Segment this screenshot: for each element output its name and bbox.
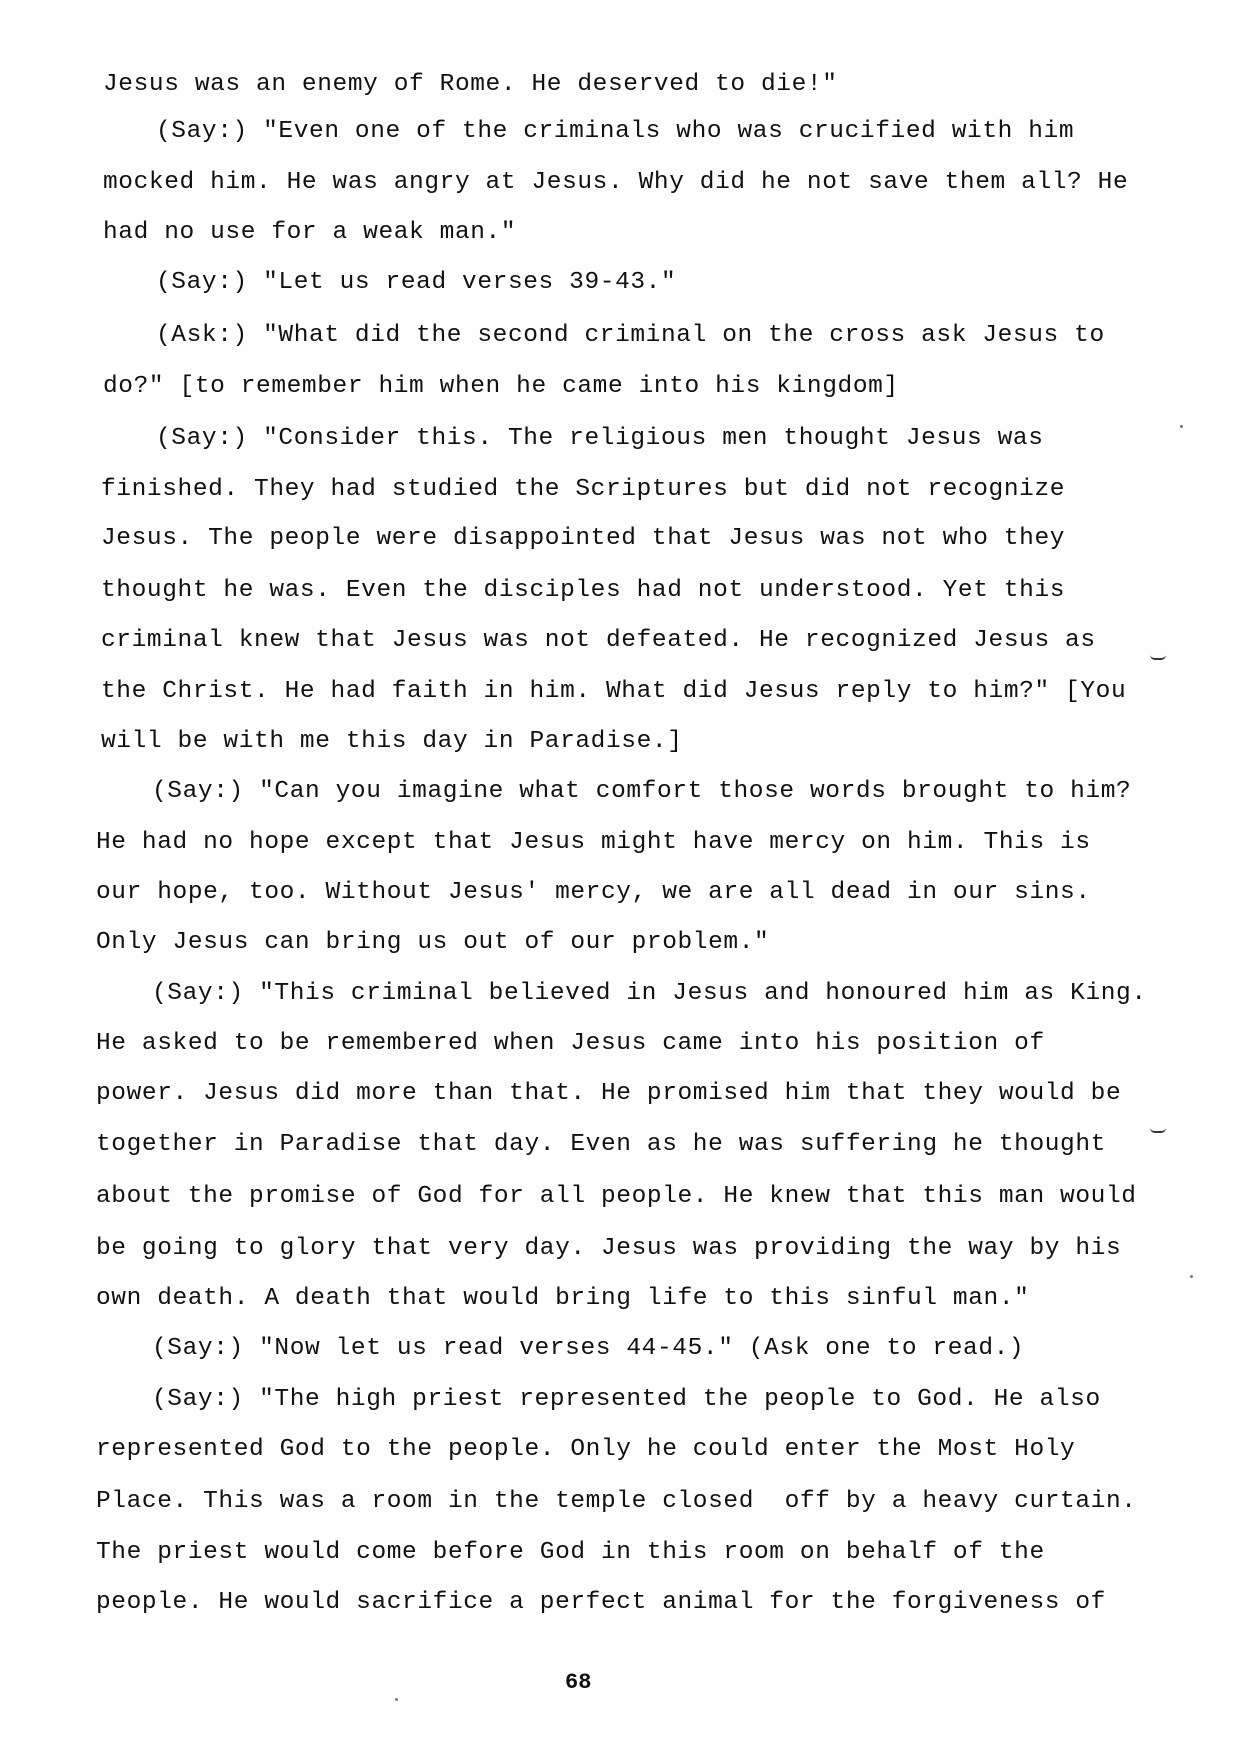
text-line: be going to glory that very day. Jesus w…: [96, 1237, 1121, 1262]
text-line: power. Jesus did more than that. He prom…: [96, 1082, 1121, 1107]
paragraph-start-line: (Say:) "Now let us read verses 44-45." (…: [152, 1337, 1024, 1362]
text-line: will be with me this day in Paradise.]: [101, 730, 683, 755]
text-line: about the promise of God for all people.…: [96, 1185, 1137, 1210]
scan-margin-mark: [1150, 655, 1166, 660]
scan-speck: [1190, 1275, 1193, 1278]
text-line: had no use for a weak man.": [103, 221, 516, 246]
paragraph-start-line: (Say:) "Even one of the criminals who wa…: [156, 120, 1074, 145]
text-line: thought he was. Even the disciples had n…: [101, 579, 1065, 604]
text-line: Only Jesus can bring us out of our probl…: [96, 931, 769, 956]
text-line: Jesus was an enemy of Rome. He deserved …: [103, 73, 838, 98]
text-line: Jesus. The people were disappointed that…: [101, 527, 1065, 552]
document-page: Jesus was an enemy of Rome. He deserved …: [0, 0, 1240, 1753]
text-line: Place. This was a room in the temple clo…: [96, 1490, 1137, 1515]
scan-margin-mark: [1150, 1128, 1166, 1133]
paragraph-start-line: (Say:) "Can you imagine what comfort tho…: [152, 780, 1131, 805]
text-line: the Christ. He had faith in him. What di…: [101, 680, 1126, 705]
text-line: He asked to be remembered when Jesus cam…: [96, 1032, 1045, 1057]
page-number: 68: [565, 1670, 591, 1695]
text-line: The priest would come before God in this…: [96, 1541, 1045, 1566]
text-line: criminal knew that Jesus was not defeate…: [101, 629, 1096, 654]
paragraph-start-line: (Say:) "Let us read verses 39-43.": [156, 271, 676, 296]
paragraph-start-line: (Ask:) "What did the second criminal on …: [156, 324, 1105, 349]
paragraph-start-line: (Say:) "The high priest represented the …: [152, 1388, 1101, 1413]
scan-speck: [395, 1698, 398, 1701]
text-line: He had no hope except that Jesus might h…: [96, 831, 1091, 856]
scan-speck: [1180, 425, 1183, 428]
text-line: represented God to the people. Only he c…: [96, 1438, 1075, 1463]
text-line: people. He would sacrifice a perfect ani…: [96, 1591, 1106, 1616]
text-line: own death. A death that would bring life…: [96, 1287, 1029, 1312]
text-line: mocked him. He was angry at Jesus. Why d…: [103, 171, 1128, 196]
paragraph-start-line: (Say:) "Consider this. The religious men…: [156, 427, 1044, 452]
text-line: together in Paradise that day. Even as h…: [96, 1133, 1106, 1158]
text-line: finished. They had studied the Scripture…: [101, 478, 1065, 503]
text-line: do?" [to remember him when he came into …: [103, 375, 899, 400]
paragraph-start-line: (Say:) "This criminal believed in Jesus …: [152, 982, 1147, 1007]
text-line: our hope, too. Without Jesus' mercy, we …: [96, 881, 1091, 906]
